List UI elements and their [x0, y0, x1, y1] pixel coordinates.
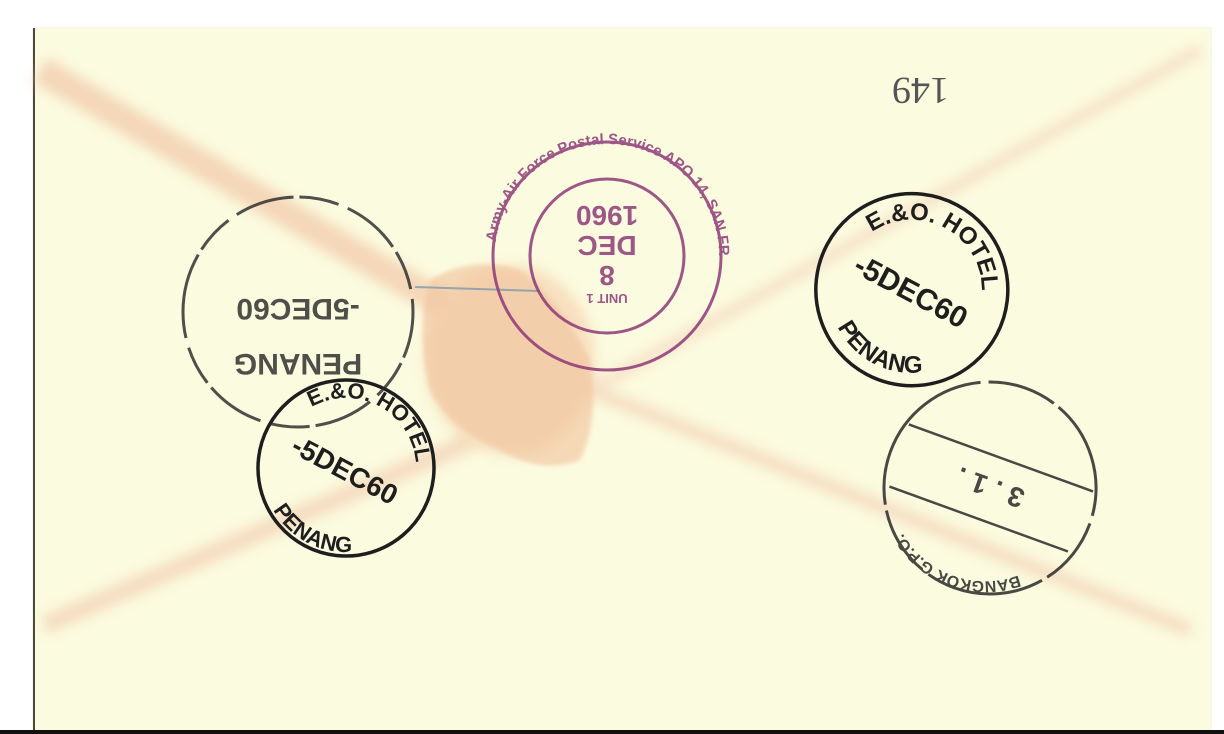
handwritten-number: 149 [892, 69, 949, 111]
envelope-artwork: 149 Army-Air Force Postal Service APO 14… [0, 0, 1224, 734]
right-date: -5DEC60 [848, 248, 972, 335]
apo-year: 1960 [576, 200, 638, 231]
apo-day: 8 [599, 260, 615, 291]
inverted-date: -5DEC60 [236, 292, 359, 325]
scan-edge [0, 730, 1224, 734]
eo-hotel-postmark-right: E.&O. HOTEL -5DEC60 PENANG [782, 160, 1042, 420]
apo-unit: UNIT 1 [586, 291, 627, 306]
apo-month: DEC [577, 230, 636, 261]
bangkok-date: 3 . 1 . [952, 461, 1028, 514]
inverted-penang: PENANG [234, 347, 362, 380]
